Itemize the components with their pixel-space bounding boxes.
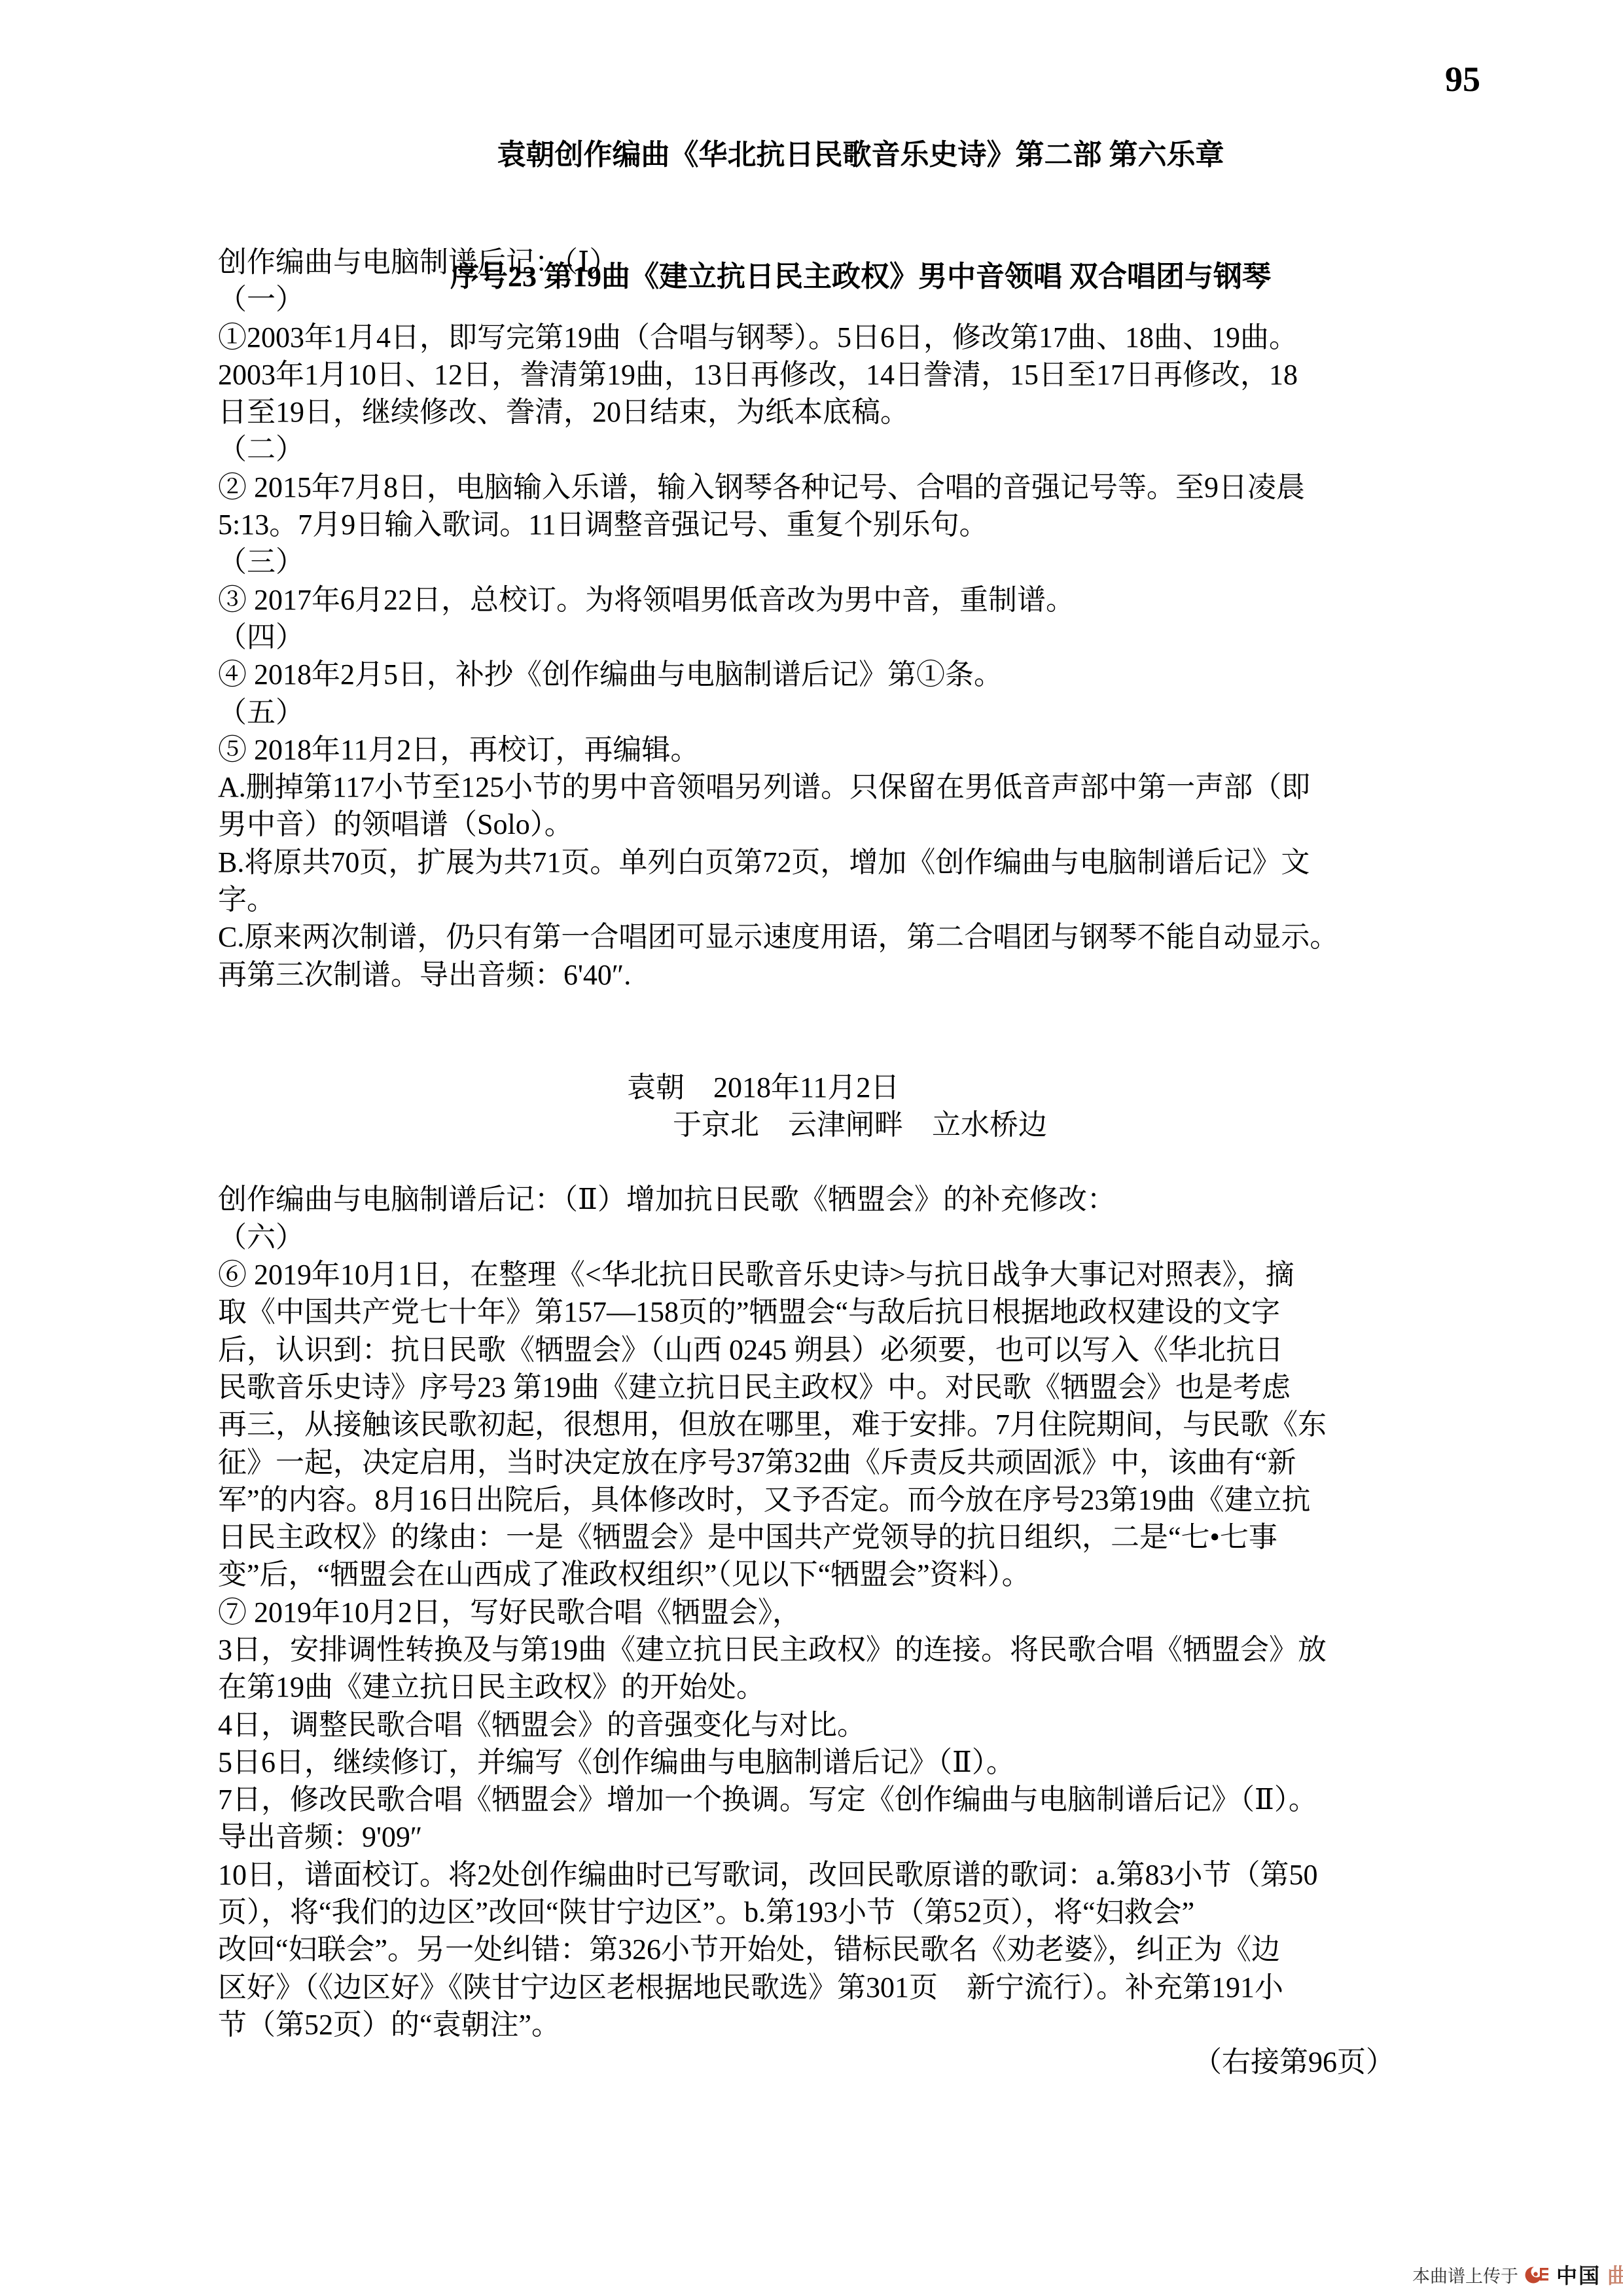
text-line: 节（第52页）的“袁朝注”。 xyxy=(218,2006,1481,2043)
watermark: 本曲谱上传于 中国 曲谱网 xyxy=(1412,2259,1623,2289)
text-line: ③ 2017年6月22日，总校订。为将领唱男低音改为男中音，重制谱。 xyxy=(218,581,1481,619)
text-line: （右接第96页） xyxy=(1193,2043,1481,2081)
brand-name-cn: 中国 xyxy=(1556,2259,1601,2289)
text-line: （二） xyxy=(218,431,1481,468)
brand-name-site: 曲谱网 xyxy=(1607,2259,1623,2289)
text-line: ② 2015年7月8日，电脑输入乐谱，输入钢琴各种记号、合唱的音强记号等。至9日… xyxy=(218,469,1481,506)
blank-line xyxy=(218,994,1481,1031)
text-line: ④ 2018年2月5日，补抄《创作编曲与电脑制谱后记》第①条。 xyxy=(218,656,1481,693)
text-line: 民歌音乐史诗》序号23 第19曲《建立抗日民主政权》中。对民歌《牺盟会》也是考虑 xyxy=(218,1369,1481,1406)
text-line: （六） xyxy=(218,1219,1481,1256)
text-line: 创作编曲与电脑制谱后记：（Ⅱ）增加抗日民歌《牺盟会》的补充修改： xyxy=(218,1181,1481,1218)
text-line: 4日，调整民歌合唱《牺盟会》的音强变化与对比。 xyxy=(218,1706,1481,1744)
text-line: 取《中国共产党七十年》第157—158页的”牺盟会“与敌后抗日根据地政权建设的文… xyxy=(218,1293,1481,1331)
text-line: （三） xyxy=(218,543,1481,581)
text-line: 5:13。7月9日输入歌词。11日调整音强记号、重复个别乐句。 xyxy=(218,506,1481,543)
text-line: 后，认识到：抗日民歌《牺盟会》（山西 0245 朔县）必须要，也可以写入《华北抗… xyxy=(218,1331,1481,1369)
text-line: 男中音）的领唱谱（Solo）。 xyxy=(218,806,1481,843)
text-line: A.删掉第117小节至125小节的男中音领唱另列谱。只保留在男低音声部中第一声部… xyxy=(218,768,1481,806)
text-line: ①2003年1月4日，即写完第19曲（合唱与钢琴）。5日6日，修改第17曲、18… xyxy=(218,319,1481,356)
page-number: 95 xyxy=(1445,60,1480,98)
text-line: 在第19曲《建立抗日民主政权》的开始处。 xyxy=(218,1668,1481,1706)
text-line: ⑤ 2018年11月2日，再校订，再编辑。 xyxy=(218,731,1481,768)
text-line: 变”后，“牺盟会在山西成了准政权组织”（见以下“牺盟会”资料）。 xyxy=(218,1556,1481,1593)
text-line: ⑦ 2019年10月2日，写好民歌合唱《牺盟会》， xyxy=(218,1594,1481,1631)
text-line: 7日，修改民歌合唱《牺盟会》增加一个换调。写定《创作编曲与电脑制谱后记》（Ⅱ）。 xyxy=(218,1781,1481,1818)
text-line: 改回“妇联会”。另一处纠错：第326小节开始处，错标民歌名《劝老婆》，纠正为《边 xyxy=(218,1931,1481,1968)
text-line: （一） xyxy=(218,281,1481,318)
text-line: 再三，从接触该民歌初起，很想用，但放在哪里，难于安排。7月住院期间，与民歌《东 xyxy=(218,1406,1481,1443)
text-line: （五） xyxy=(218,694,1481,731)
body-text: 创作编曲与电脑制谱后记：（Ⅰ）（一）①2003年1月4日，即写完第19曲（合唱与… xyxy=(218,243,1481,2081)
text-line: 于京北 云津闸畔 立水桥边 xyxy=(673,1106,1481,1143)
text-line: 日至19日，继续修改、誊清，20日结束，为纸本底稿。 xyxy=(218,393,1481,431)
watermark-text: 本曲谱上传于 xyxy=(1412,2262,1518,2287)
text-line: 3日，安排调性转换及与第19曲《建立抗日民主政权》的连接。将民歌合唱《牺盟会》放 xyxy=(218,1631,1481,1668)
blank-line xyxy=(218,1031,1481,1068)
qupuwang-logo-icon xyxy=(1525,2262,1550,2287)
text-line: 导出音频：9'09″ xyxy=(218,1818,1481,1856)
text-line: 5日6日，继续修订，并编写《创作编曲与电脑制谱后记》（Ⅱ）。 xyxy=(218,1744,1481,1781)
text-line: C.原来两次制谱，仍只有第一合唱团可显示速度用语，第二合唱团与钢琴不能自动显示。 xyxy=(218,918,1481,956)
text-line: 页），将“我们的边区”改回“陕甘宁边区”。b.第193小节（第52页），将“妇救… xyxy=(218,1893,1481,1931)
text-line: 创作编曲与电脑制谱后记：（Ⅰ） xyxy=(218,243,1481,281)
text-line: 军”的内容。8月16日出院后，具体修改时，又予否定。而今放在序号23第19曲《建… xyxy=(218,1481,1481,1518)
text-line: 再第三次制谱。导出音频：6'40″. xyxy=(218,956,1481,994)
blank-line xyxy=(218,1143,1481,1181)
text-line: 字。 xyxy=(218,881,1481,918)
text-line: 征》一起，决定启用，当时决定放在序号37第32曲《斥责反共顽固派》中，该曲有“新 xyxy=(218,1444,1481,1481)
text-line: 10日，谱面校订。将2处创作编曲时已写歌词，改回民歌原谱的歌词：a.第83小节（… xyxy=(218,1856,1481,1893)
text-line: 袁朝 2018年11月2日 xyxy=(627,1069,1481,1106)
text-line: （四） xyxy=(218,619,1481,656)
text-line: ⑥ 2019年10月1日，在整理《<华北抗日民歌音乐史诗>与抗日战争大事记对照表… xyxy=(218,1256,1481,1293)
text-line: B.将原共70页，扩展为共71页。单列白页第72页，增加《创作编曲与电脑制谱后记… xyxy=(218,844,1481,881)
text-line: 日民主政权》的缘由：一是《牺盟会》是中国共产党领导的抗日组织，二是“七•七事 xyxy=(218,1518,1481,1556)
text-line: 区好》（《边区好》《陕甘宁边区老根据地民歌选》第301页 新宁流行）。补充第19… xyxy=(218,1969,1481,2006)
title-line-1: 袁朝创作编曲《华北抗日民歌音乐史诗》第二部 第六乐章 xyxy=(49,135,1623,175)
text-line: 2003年1月10日、12日，誊清第19曲，13日再修改，14日誊清，15日至1… xyxy=(218,356,1481,393)
